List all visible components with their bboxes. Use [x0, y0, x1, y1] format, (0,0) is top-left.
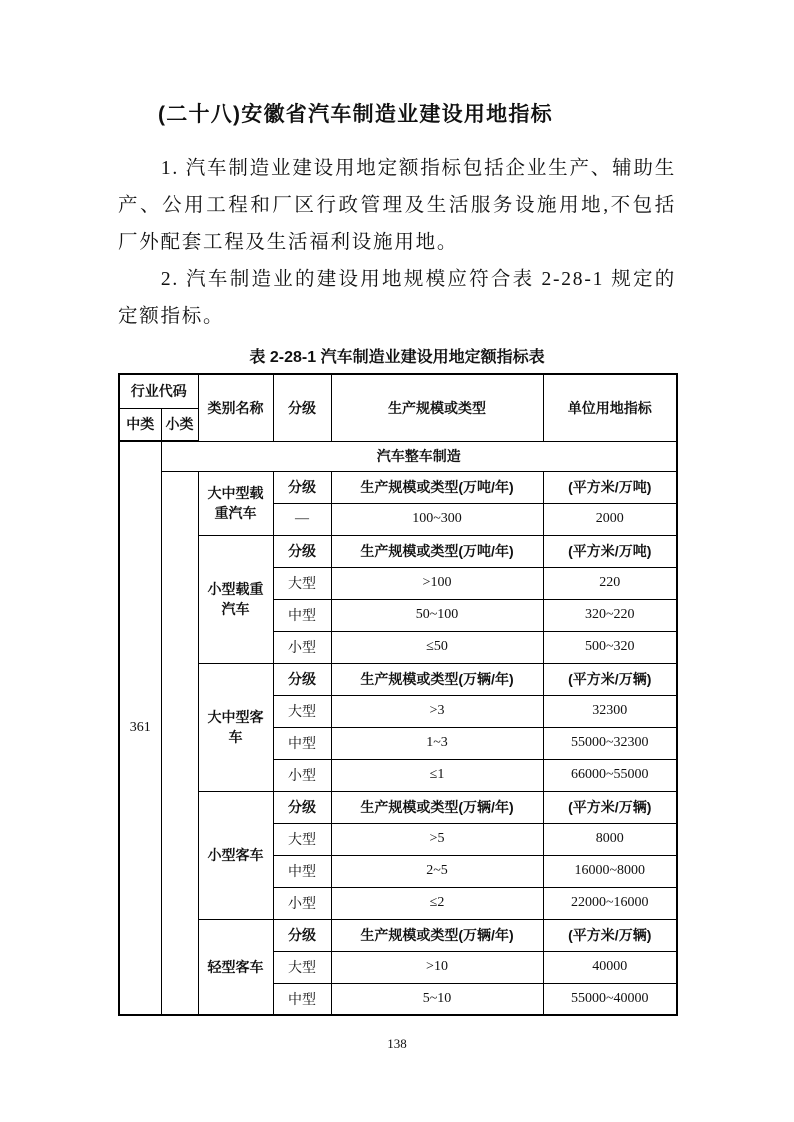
header-industry-code: 行业代码	[119, 374, 198, 408]
scale-cell: >100	[331, 567, 543, 599]
scale-cell: 100~300	[331, 503, 543, 535]
paragraph-2: 2. 汽车制造业的建设用地规模应符合表 2-28-1 规定的定额指标。	[118, 261, 676, 335]
sub-class-code-cell	[161, 471, 198, 1015]
group-title-cell: 汽车整车制造	[161, 441, 677, 471]
header-mid-class: 中类	[119, 408, 161, 441]
scale-cell: >10	[331, 951, 543, 983]
grade-cell: 大型	[273, 695, 331, 727]
scale-cell: ≤1	[331, 759, 543, 791]
category-cell: 大中型载重汽车	[198, 471, 273, 535]
unit-cell: 8000	[543, 823, 677, 855]
unit-cell: 55000~32300	[543, 727, 677, 759]
scale-cell: 50~100	[331, 599, 543, 631]
table-header-row-1: 行业代码 类别名称 分级 生产规模或类型 单位用地指标	[119, 374, 677, 408]
grade-cell: 中型	[273, 983, 331, 1015]
mid-class-code-cell: 361	[119, 441, 161, 1015]
category-cell: 轻型客车	[198, 919, 273, 1015]
unit-cell: 220	[543, 567, 677, 599]
scale-cell: >5	[331, 823, 543, 855]
section-title: (二十八)安徽省汽车制造业建设用地指标	[118, 100, 676, 130]
document-page: (二十八)安徽省汽车制造业建设用地指标 1. 汽车制造业建设用地定额指标包括企业…	[0, 0, 794, 1122]
subheader-scale-cell: 生产规模或类型(万辆/年)	[331, 663, 543, 695]
subheader-grade-cell: 分级	[273, 663, 331, 695]
grade-cell: 大型	[273, 823, 331, 855]
header-sub-class: 小类	[161, 408, 198, 441]
subheader-scale-cell: 生产规模或类型(万辆/年)	[331, 791, 543, 823]
grade-cell: —	[273, 503, 331, 535]
land-use-indicator-table: 行业代码 类别名称 分级 生产规模或类型 单位用地指标 中类 小类 361 汽车…	[118, 373, 678, 1016]
table-caption: 表 2-28-1 汽车制造业建设用地定额指标表	[118, 347, 676, 369]
grade-cell: 中型	[273, 855, 331, 887]
scale-cell: ≤50	[331, 631, 543, 663]
header-unit-indicator: 单位用地指标	[543, 374, 677, 441]
page-content: (二十八)安徽省汽车制造业建设用地指标 1. 汽车制造业建设用地定额指标包括企业…	[118, 0, 676, 1016]
subheader-unit-cell: (平方米/万吨)	[543, 471, 677, 503]
unit-cell: 22000~16000	[543, 887, 677, 919]
table-row: 小型客车 分级 生产规模或类型(万辆/年) (平方米/万辆)	[119, 791, 677, 823]
subheader-scale-cell: 生产规模或类型(万辆/年)	[331, 919, 543, 951]
category-cell: 大中型客车	[198, 663, 273, 791]
table-row: 小型载重汽车 分级 生产规模或类型(万吨/年) (平方米/万吨)	[119, 535, 677, 567]
subheader-grade-cell: 分级	[273, 919, 331, 951]
grade-cell: 大型	[273, 951, 331, 983]
grade-cell: 小型	[273, 631, 331, 663]
unit-cell: 32300	[543, 695, 677, 727]
scale-cell: 1~3	[331, 727, 543, 759]
table-row: 大中型载重汽车 分级 生产规模或类型(万吨/年) (平方米/万吨)	[119, 471, 677, 503]
unit-cell: 500~320	[543, 631, 677, 663]
unit-cell: 2000	[543, 503, 677, 535]
scale-cell: >3	[331, 695, 543, 727]
subheader-scale-cell: 生产规模或类型(万吨/年)	[331, 471, 543, 503]
table-row: 轻型客车 分级 生产规模或类型(万辆/年) (平方米/万辆)	[119, 919, 677, 951]
paragraph-1: 1. 汽车制造业建设用地定额指标包括企业生产、辅助生产、公用工程和厂区行政管理及…	[118, 150, 676, 261]
page-number: 138	[0, 1036, 794, 1052]
grade-cell: 小型	[273, 759, 331, 791]
grade-cell: 小型	[273, 887, 331, 919]
unit-cell: 66000~55000	[543, 759, 677, 791]
subheader-scale-cell: 生产规模或类型(万吨/年)	[331, 535, 543, 567]
grade-cell: 中型	[273, 727, 331, 759]
subheader-unit-cell: (平方米/万吨)	[543, 535, 677, 567]
unit-cell: 40000	[543, 951, 677, 983]
scale-cell: 5~10	[331, 983, 543, 1015]
category-cell: 小型载重汽车	[198, 535, 273, 663]
subheader-grade-cell: 分级	[273, 471, 331, 503]
grade-cell: 大型	[273, 567, 331, 599]
scale-cell: ≤2	[331, 887, 543, 919]
unit-cell: 16000~8000	[543, 855, 677, 887]
subheader-grade-cell: 分级	[273, 791, 331, 823]
subheader-grade-cell: 分级	[273, 535, 331, 567]
table-row: 大中型客车 分级 生产规模或类型(万辆/年) (平方米/万辆)	[119, 663, 677, 695]
subheader-unit-cell: (平方米/万辆)	[543, 919, 677, 951]
header-category: 类别名称	[198, 374, 273, 441]
scale-cell: 2~5	[331, 855, 543, 887]
header-scale: 生产规模或类型	[331, 374, 543, 441]
category-cell: 小型客车	[198, 791, 273, 919]
group-row: 361 汽车整车制造	[119, 441, 677, 471]
subheader-unit-cell: (平方米/万辆)	[543, 791, 677, 823]
unit-cell: 320~220	[543, 599, 677, 631]
grade-cell: 中型	[273, 599, 331, 631]
header-grade: 分级	[273, 374, 331, 441]
subheader-unit-cell: (平方米/万辆)	[543, 663, 677, 695]
unit-cell: 55000~40000	[543, 983, 677, 1015]
